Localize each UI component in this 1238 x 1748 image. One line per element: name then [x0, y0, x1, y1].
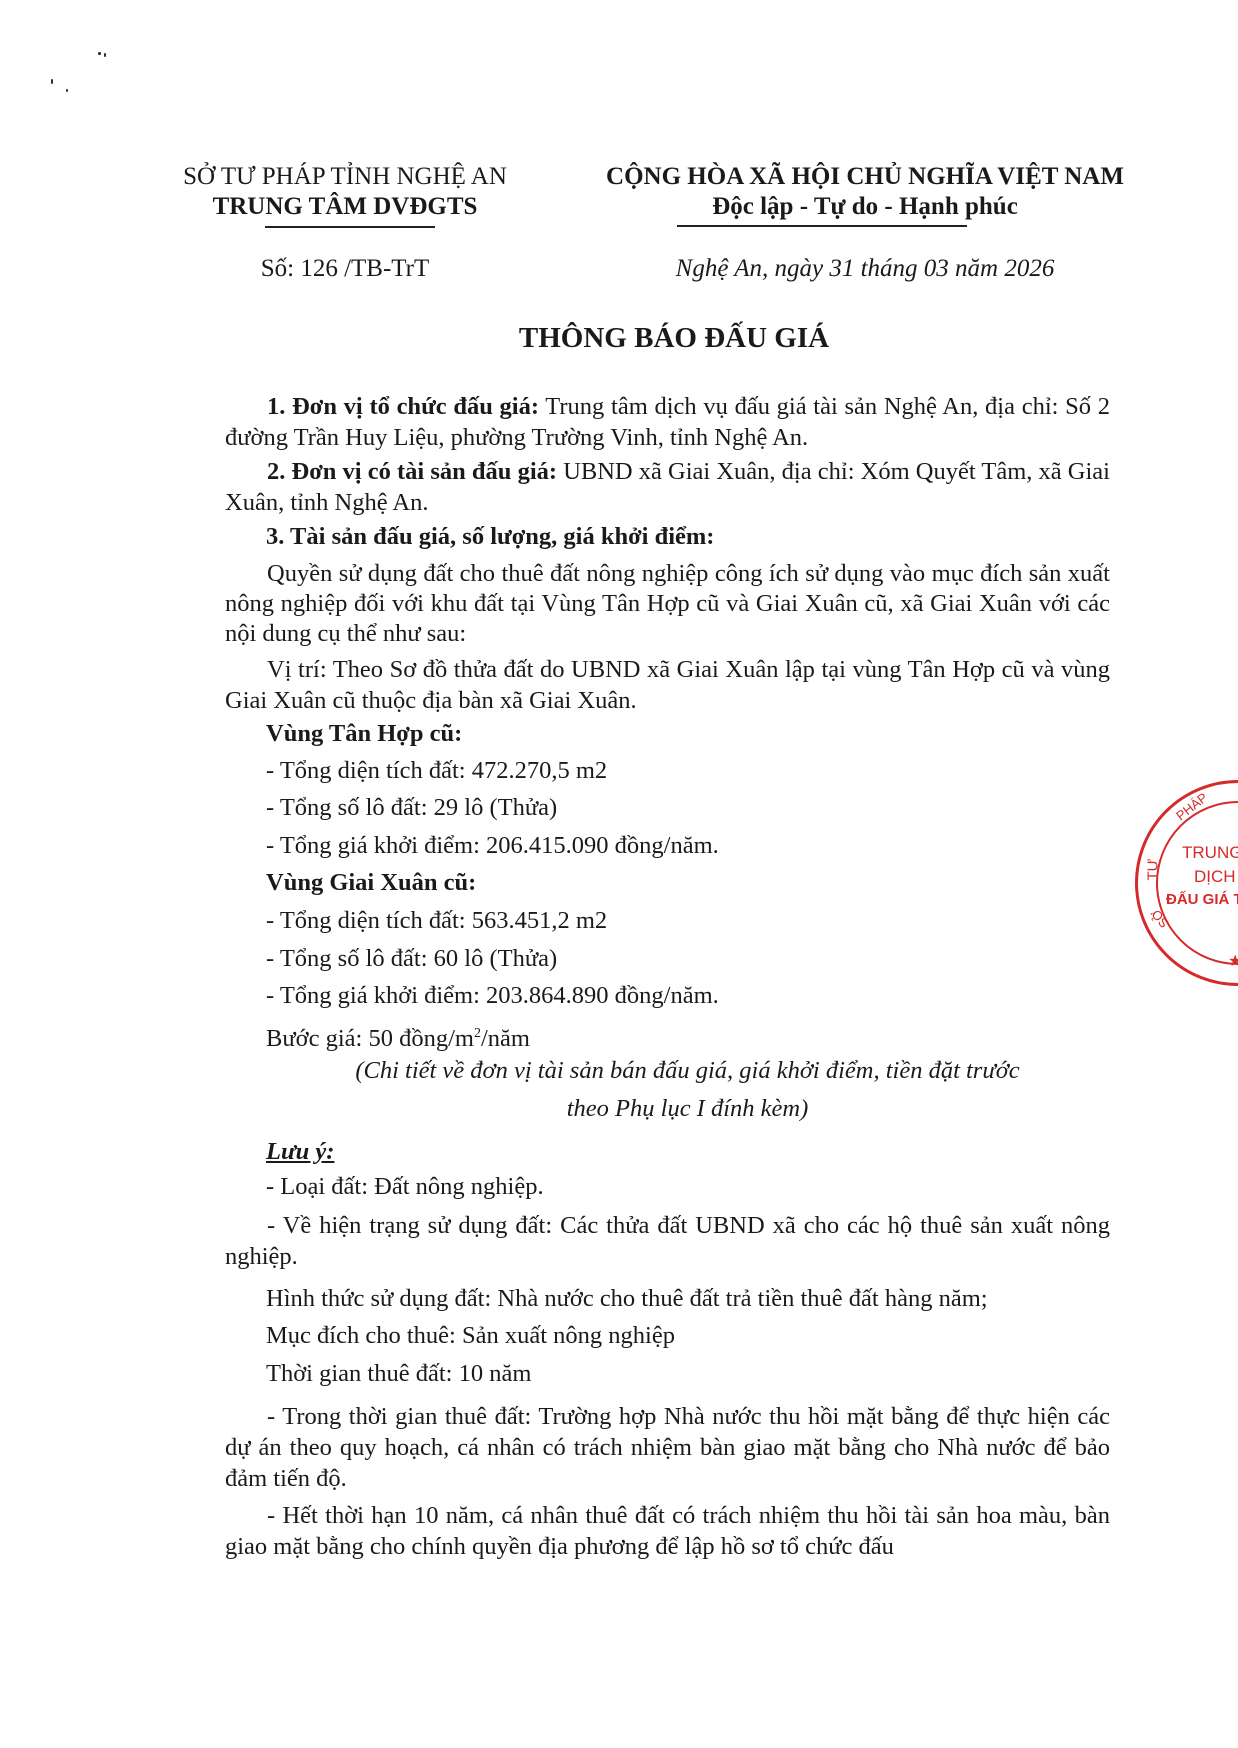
document-title: THÔNG BÁO ĐẤU GIÁ	[0, 322, 1238, 355]
zone-1-name: Vùng Tân Hợp cũ:	[266, 718, 462, 749]
section-1-label: 1. Đơn vị tổ chức đấu giá:	[267, 393, 539, 420]
section-3-intro: Quyền sử dụng đất cho thuê đất nông nghi…	[225, 559, 1110, 649]
stamp-line-2: DỊCH	[1194, 867, 1236, 887]
price-step: Bước giá: 50 đồng/m2/năm	[266, 1018, 530, 1054]
section-2: 2. Đơn vị có tài sản đấu giá: UBND xã Gi…	[225, 456, 1110, 518]
notes-heading: Lưu ý:	[266, 1136, 334, 1167]
note-term: Thời gian thuê đất: 10 năm	[266, 1358, 531, 1389]
agency-name: SỞ TƯ PHÁP TỈNH NGHỆ AN	[150, 162, 540, 192]
note-during-term: - Trong thời gian thuê đất: Trường hợp N…	[225, 1401, 1110, 1494]
scan-speck	[51, 79, 53, 84]
zone-1-lots: - Tổng số lô đất: 29 lô (Thửa)	[266, 792, 557, 823]
zone-1-area: - Tổng diện tích đất: 472.270,5 m2	[266, 755, 607, 786]
note-current-use: - Về hiện trạng sử dụng đất: Các thửa đấ…	[225, 1210, 1110, 1272]
note-use-form: Hình thức sử dụng đất: Nhà nước cho thuê…	[266, 1283, 988, 1314]
scan-speck	[104, 53, 106, 57]
section-1: 1. Đơn vị tổ chức đấu giá: Trung tâm dịc…	[225, 391, 1110, 453]
stamp-ring-left: TƯ	[1144, 859, 1161, 881]
section-3-label: 3. Tài sản đấu giá, số lượng, giá khởi đ…	[266, 521, 714, 552]
motto-underline	[677, 225, 967, 227]
zone-2-area: - Tổng diện tích đất: 563.451,2 m2	[266, 905, 607, 936]
price-step-suffix: /năm	[481, 1025, 530, 1052]
stamp-line-1: TRUNG	[1182, 843, 1238, 863]
note-end-term: - Hết thời hạn 10 năm, cá nhân thuê đất …	[225, 1500, 1110, 1562]
stamp-star-icon: ★	[1228, 951, 1238, 971]
note-purpose: Mục đích cho thuê: Sản xuất nông nghiệp	[266, 1320, 675, 1351]
price-step-prefix: Bước giá: 50 đồng/m	[266, 1025, 474, 1052]
price-step-sup: 2	[474, 1026, 481, 1041]
place-date: Nghệ An, ngày 31 tháng 03 năm 2026	[585, 254, 1145, 284]
official-stamp: PHÁP TƯ SỞ TRUNG DỊCH ĐẤU GIÁ T ★	[1135, 780, 1238, 986]
section-3-location: Vị trí: Theo Sơ đồ thửa đất do UBND xã G…	[225, 654, 1110, 716]
detail-note-line-2: theo Phụ lục I đính kèm)	[225, 1093, 1150, 1124]
scan-speck	[66, 89, 68, 92]
note-land-type: - Loại đất: Đất nông nghiệp.	[266, 1171, 544, 1202]
stamp-line-3: ĐẤU GIÁ T	[1166, 891, 1238, 908]
document-number: Số: 126 /TB-TrT	[150, 254, 540, 284]
detail-note-line-1: (Chi tiết về đơn vị tài sản bán đấu giá,…	[225, 1055, 1150, 1086]
country-name: CỘNG HÒA XÃ HỘI CHỦ NGHĨA VIỆT NAM	[585, 162, 1145, 192]
section-2-label: 2. Đơn vị có tài sản đấu giá:	[267, 458, 557, 485]
zone-2-lots: - Tổng số lô đất: 60 lô (Thửa)	[266, 943, 557, 974]
scan-speck	[98, 52, 101, 55]
national-motto: Độc lập - Tự do - Hạnh phúc	[585, 192, 1145, 222]
zone-2-name: Vùng Giai Xuân cũ:	[266, 867, 476, 898]
zone-1-price: - Tổng giá khởi điểm: 206.415.090 đồng/n…	[266, 830, 719, 861]
unit-underline	[265, 226, 435, 228]
unit-name: TRUNG TÂM DVĐGTS	[150, 192, 540, 222]
zone-2-price: - Tổng giá khởi điểm: 203.864.890 đồng/n…	[266, 980, 719, 1011]
